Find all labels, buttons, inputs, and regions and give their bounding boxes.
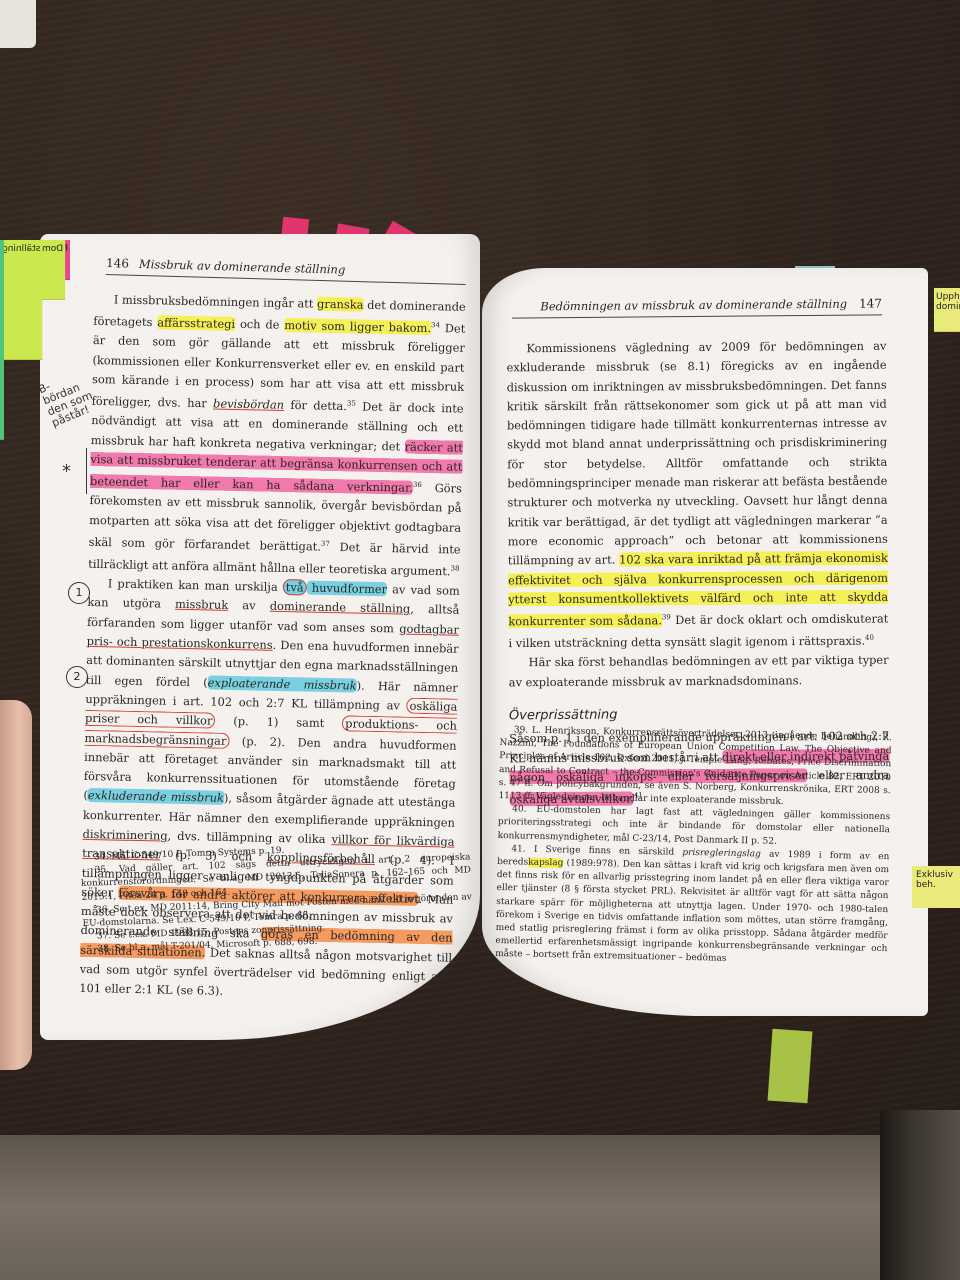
footnote: 39. L. Henriksson, Konkurrensrättsövertr… bbox=[498, 724, 892, 811]
chapter-title: Bedömningen av missbruk av dominerande s… bbox=[540, 297, 847, 314]
index-tab[interactable]: Upphörande dominans bbox=[934, 288, 960, 332]
chapter-title: Missbruk av dominerande ställning bbox=[139, 257, 346, 277]
footnotes-left: 34. Mål C-549/10 P, Tomra Systems p. 19.… bbox=[80, 838, 473, 957]
index-tab[interactable]: Exklusiv beh. bbox=[912, 866, 960, 908]
index-tab[interactable] bbox=[0, 240, 4, 440]
left-page: 146Missbruk av dominerande ställning I m… bbox=[40, 234, 480, 1040]
running-head-left: 146Missbruk av dominerande ställning bbox=[106, 256, 466, 285]
highlight: affärsstrategi bbox=[157, 315, 235, 331]
circled-number-1: 1 bbox=[68, 582, 90, 604]
underline: bevisbördan bbox=[213, 397, 284, 412]
circled-word: två bbox=[283, 579, 307, 595]
carpet-floor bbox=[0, 1135, 880, 1280]
star-mark-icon: * bbox=[62, 466, 71, 478]
paragraph: Kommissionens vägledning av 2009 för bed… bbox=[506, 337, 888, 654]
right-page: Bedömningen av missbruk av dominerande s… bbox=[482, 268, 928, 1016]
page-number: 146 bbox=[106, 256, 129, 271]
highlight: huvudformer bbox=[307, 581, 388, 597]
page-number: 147 bbox=[859, 296, 882, 310]
paragraph: Här ska först behandlas bedömningen av e… bbox=[509, 651, 889, 692]
highlight: granska bbox=[317, 297, 364, 312]
index-tab[interactable]: ställning bbox=[0, 240, 42, 360]
paragraph: I missbruksbedömningen ingår att granska… bbox=[88, 290, 466, 582]
circled-number-2: 2 bbox=[66, 666, 88, 688]
running-head-right: Bedömningen av missbruk av dominerande s… bbox=[512, 296, 882, 318]
footnote: 41. I Sverige finns en särskild prisregl… bbox=[495, 843, 889, 970]
highlight: kapslag bbox=[528, 858, 563, 869]
highlight: exploaterande missbruk bbox=[208, 675, 357, 692]
double-arrow-icon bbox=[86, 448, 87, 494]
bottom-index-tab bbox=[768, 1029, 813, 1104]
paper-corner bbox=[0, 0, 36, 48]
hand-thumb bbox=[0, 700, 32, 1070]
highlight: exkluderande missbruk bbox=[88, 788, 224, 805]
section-heading: Överprissättning bbox=[509, 704, 889, 726]
footnotes-right: 39. L. Henriksson, Konkurrensrättsövertr… bbox=[495, 724, 892, 970]
highlight: motiv som ligger bakom. bbox=[284, 318, 431, 335]
floor-shadow bbox=[880, 1110, 960, 1280]
